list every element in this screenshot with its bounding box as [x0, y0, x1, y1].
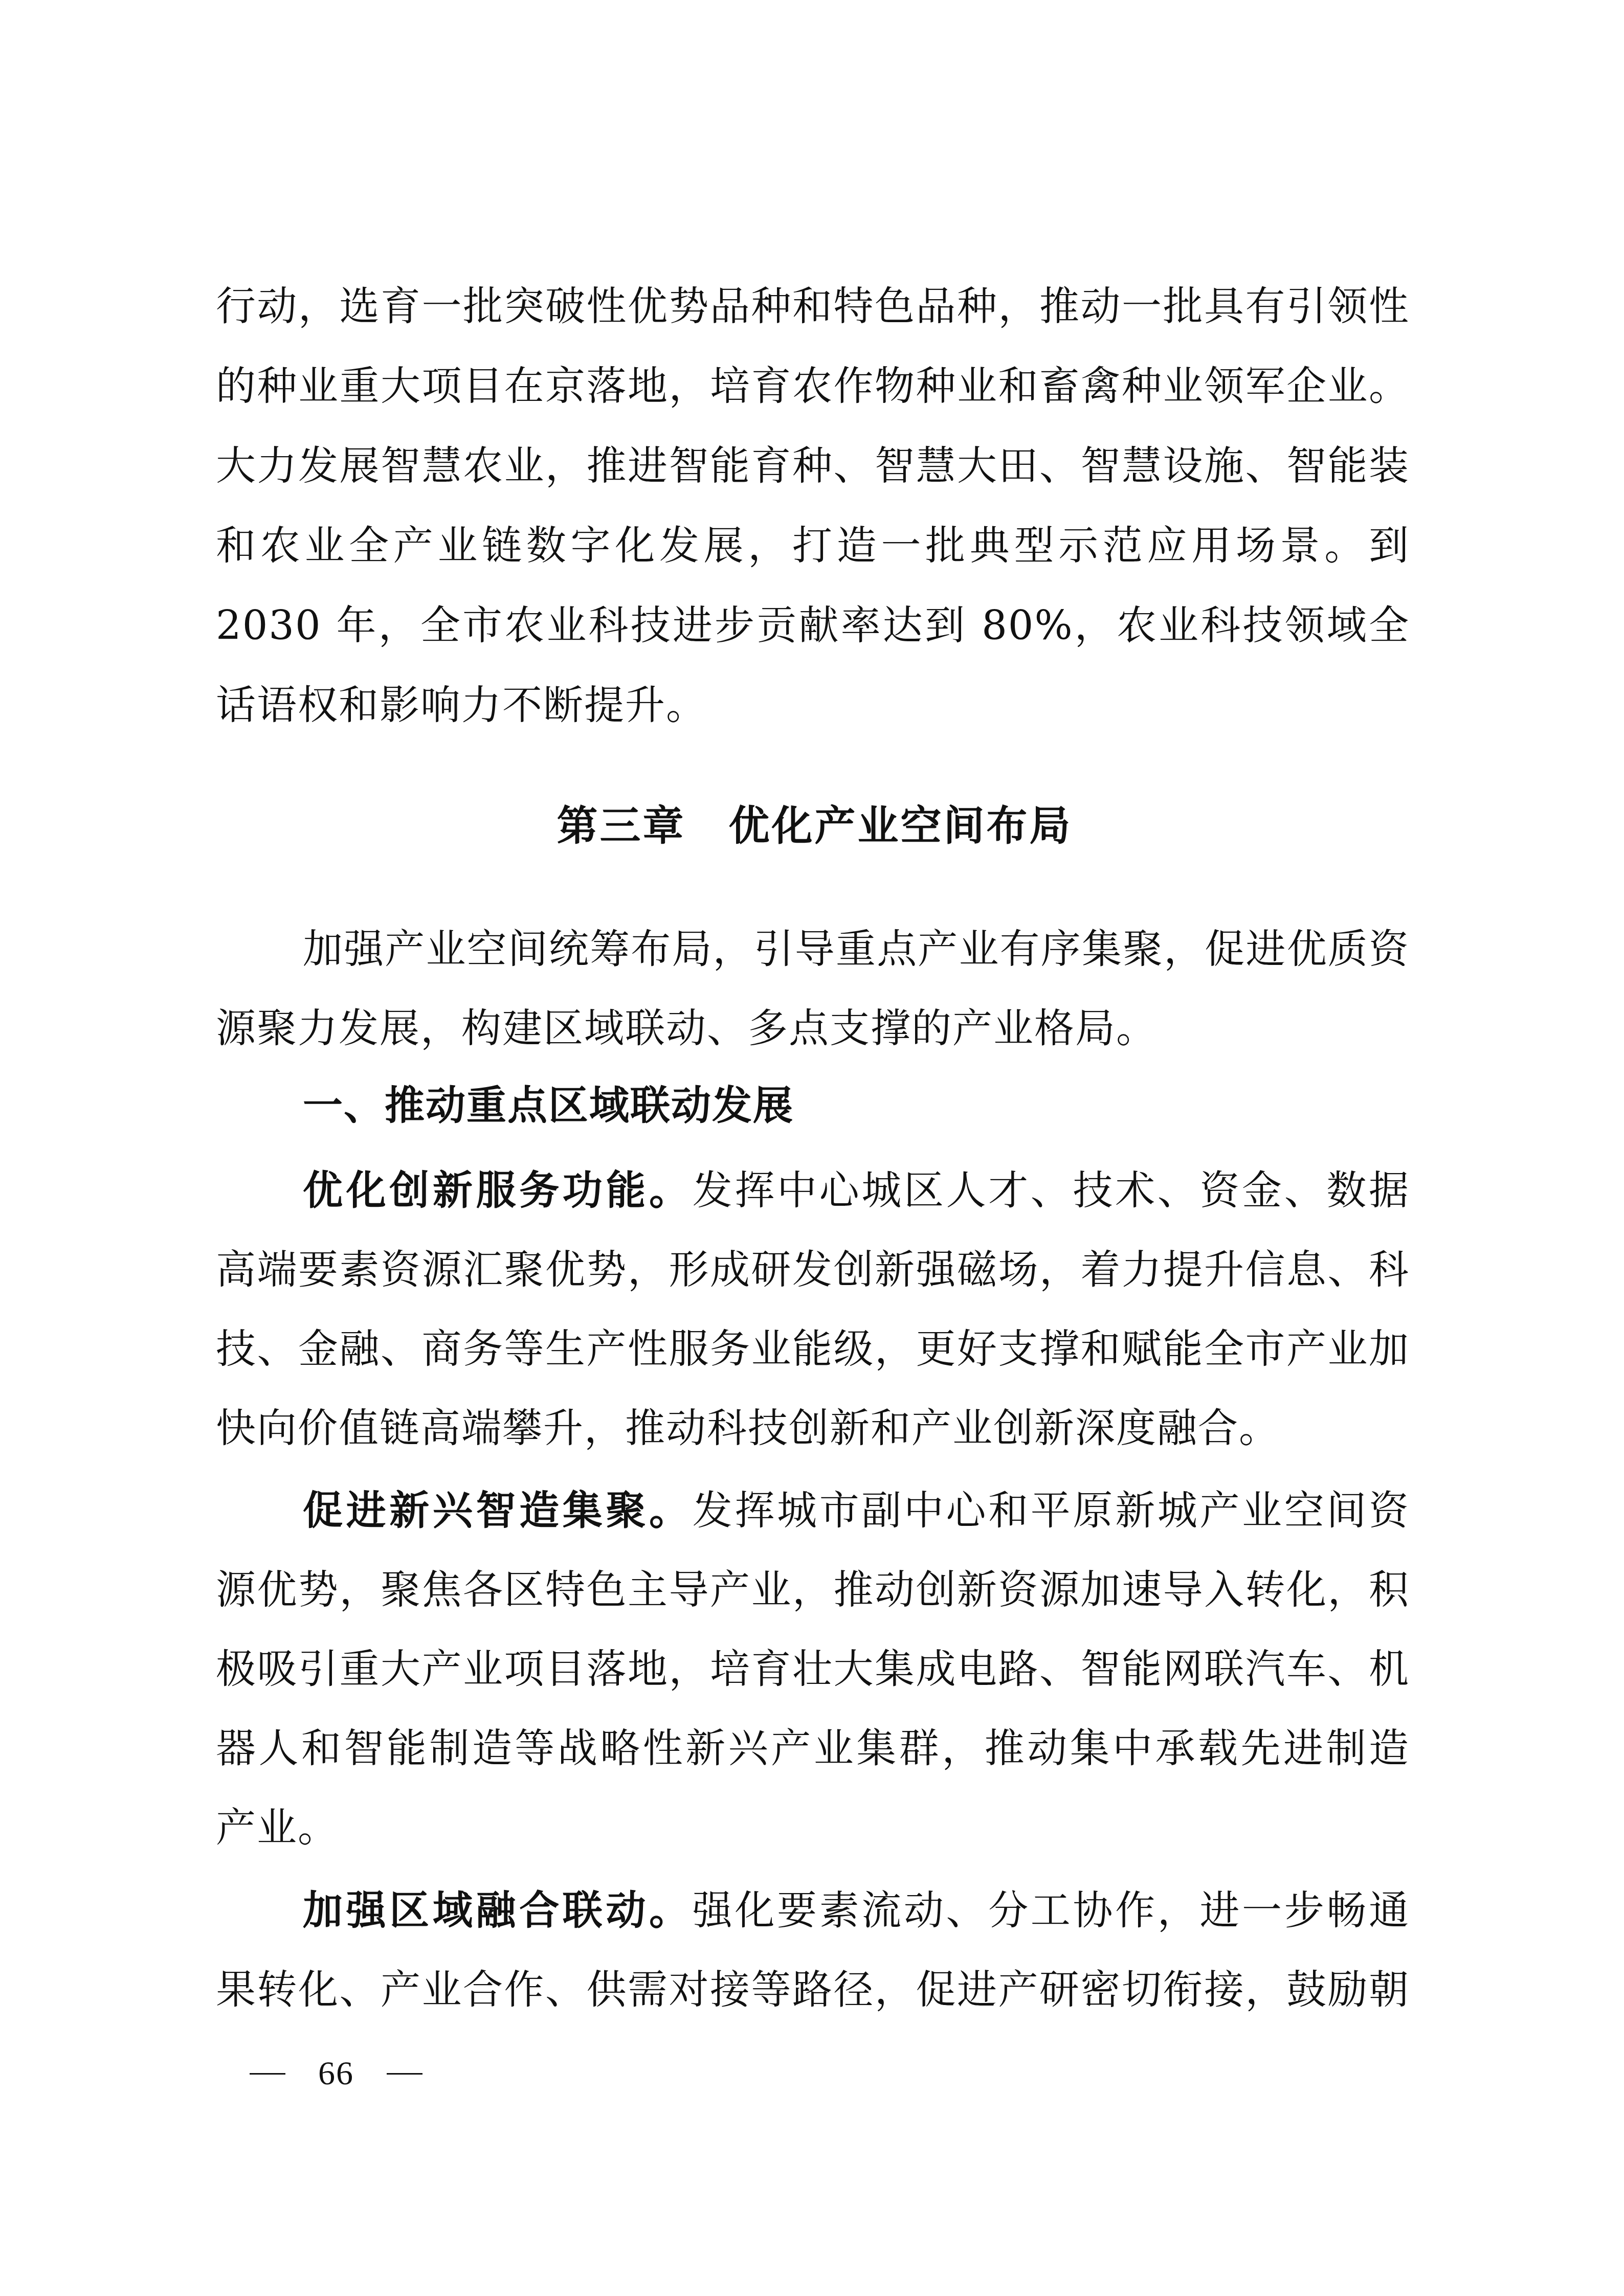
body-text-line: 加强产业空间统筹布局，引导重点产业有序集聚，促进优质资	[303, 921, 1410, 978]
body-text-line: 行动，选育一批突破性优势品种和特色品种，推动一批具有引领性	[216, 279, 1410, 335]
body-text-line: 果转化、产业合作、供需对接等路径，促进产研密切衔接，鼓励朝阳	[216, 1962, 1410, 2018]
body-text-line: 大力发展智慧农业，推进智能育种、智慧大田、智慧设施、智能装备	[216, 438, 1410, 494]
page-number-value: 66	[318, 2053, 354, 2094]
body-text-line: 器人和智能制造等战略性新兴产业集群，推动集中承载先进制造	[216, 1721, 1410, 1777]
body-text-line: 源聚力发展，构建区域联动、多点支撑的产业格局。	[216, 1001, 1410, 1057]
paragraph-lead-phrase: 加强区域融合联动。	[303, 1888, 693, 1934]
chapter-heading: 第三章 优化产业空间布局	[0, 798, 1624, 854]
body-text-line: 极吸引重大产业项目落地，培育壮大集成电路、智能网联汽车、机	[216, 1641, 1410, 1698]
page-number-left-dash	[250, 2073, 285, 2075]
body-text-line: 高端要素资源汇聚优势，形成研发创新强磁场，着力提升信息、科	[216, 1242, 1410, 1298]
body-text-line: 源优势，聚焦各区特色主导产业，推动创新资源加速导入转化，积	[216, 1562, 1410, 1618]
paragraph-first-line: 加强区域融合联动。强化要素流动、分工协作，进一步畅通成	[303, 1883, 1410, 1939]
page-number-right-dash	[387, 2073, 422, 2075]
body-text-line: 技、金融、商务等生产性服务业能级，更好支撑和赋能全市产业加	[216, 1321, 1410, 1378]
paragraph-text: 发挥城市副中心和平原新城产业空间资	[693, 1488, 1410, 1534]
paragraph-first-line: 促进新兴智造集聚。发挥城市副中心和平原新城产业空间资	[303, 1483, 1410, 1539]
body-text-line: 快向价值链高端攀升，推动科技创新和产业创新深度融合。	[216, 1401, 1410, 1457]
body-text-line: 2030 年，全市农业科技进步贡献率达到 80%，农业科技领域全球	[216, 598, 1410, 654]
paragraph-first-line: 优化创新服务功能。发挥中心城区人才、技术、资金、数据等	[303, 1163, 1410, 1219]
body-text-line: 话语权和影响力不断提升。	[216, 678, 1410, 734]
paragraph-lead-phrase: 促进新兴智造集聚。	[303, 1488, 693, 1534]
paragraph-lead-phrase: 优化创新服务功能。	[303, 1168, 693, 1214]
body-text-line: 的种业重大项目在京落地，培育农作物种业和畜禽种业领军企业。	[216, 358, 1410, 415]
document-page: 行动，选育一批突破性优势品种和特色品种，推动一批具有引领性 的种业重大项目在京落…	[0, 0, 1624, 2296]
body-text-line: 产业。	[216, 1800, 1410, 1856]
section-heading: 一、推动重点区域联动发展	[303, 1078, 794, 1134]
page-number: 66	[250, 2053, 422, 2094]
body-text-line: 和农业全产业链数字化发展，打造一批典型示范应用场景。到	[216, 518, 1410, 574]
